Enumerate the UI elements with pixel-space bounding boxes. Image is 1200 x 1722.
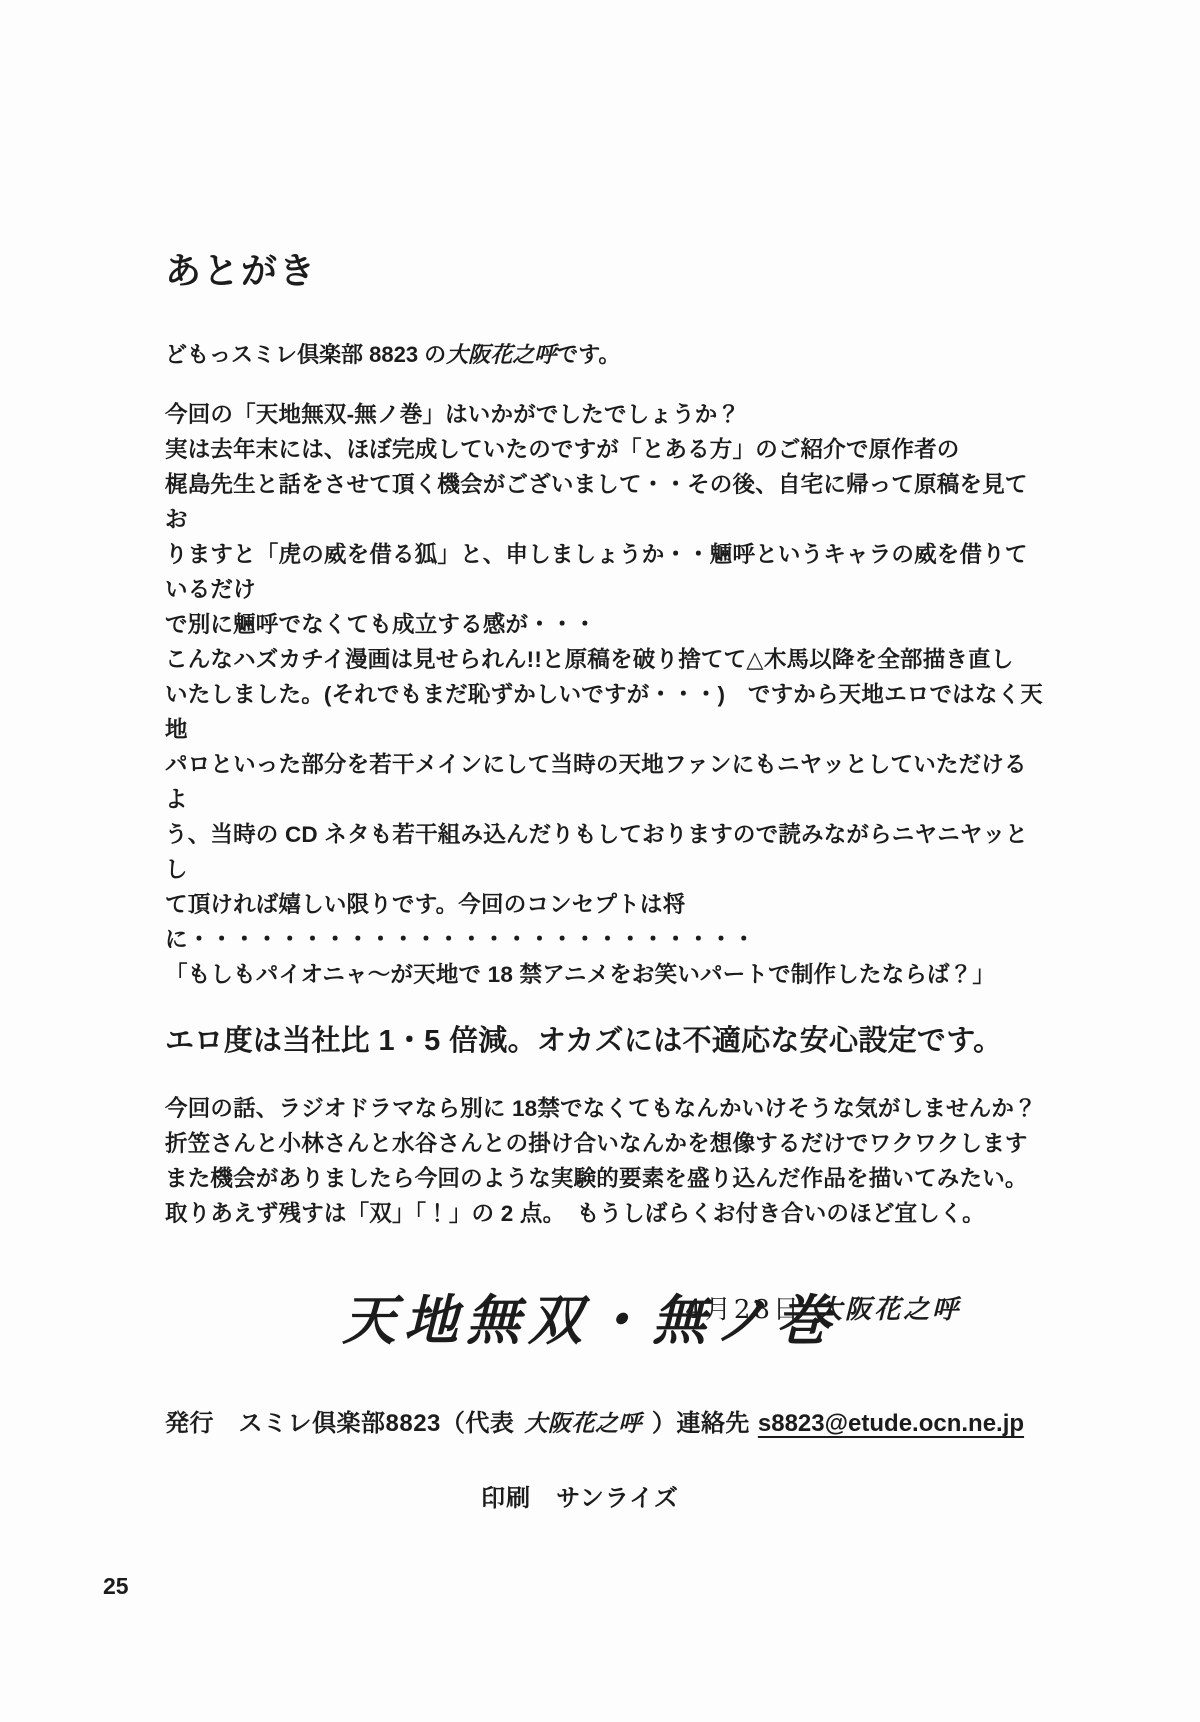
afterword-heading: あとがき xyxy=(165,243,1043,294)
afterword-line: 「もしもパイオニャ～が天地で 18 禁アニメをお笑いパートで制作したならば？」 xyxy=(165,957,1043,992)
author-name: 大阪花之呼 xyxy=(446,342,556,368)
afterword-line: う、当時の CD ネタも若干組み込んだりもしておりますので読みながらニヤニヤッと… xyxy=(165,817,1043,887)
afterword-line: パロといった部分を若干メインにして当時の天地ファンにもニヤッとしていただけるよ xyxy=(165,747,1043,817)
afterword-line: 実は去年末には、ほぼ完成していたのですが「とある方」のご紹介で原作者の xyxy=(165,432,1043,467)
page-number: 25 xyxy=(103,1573,129,1600)
highlight-statement: エロ度は当社比 1・5 倍減。オカズには不適応な安心設定です。 xyxy=(165,1018,1043,1059)
contact-email: s8823@etude.ocn.ne.jp xyxy=(758,1410,1024,1437)
afterword-line: りますと「虎の威を借る狐」と、申しましょうか・・魎呼というキャラの威を借りている… xyxy=(165,537,1043,607)
afterword-line: 折笠さんと小林さんと水谷さんとの掛け合いなんかを想像するだけでワクワクします xyxy=(165,1126,1043,1161)
book-title: 天地無双・無ノ巻 xyxy=(0,1278,1180,1355)
afterword-line: こんなハズカチイ漫画は見せられん!!と原稿を破り捨てて△木馬以降を全部描き直し xyxy=(165,642,1043,677)
document-page: あとがき どもっスミレ倶楽部 8823 の大阪花之呼です。 今回の「天地無双-無… xyxy=(0,0,1200,1722)
afterword-line: 梶島先生と話をさせて頂く機会がございまして・・その後、自宅に帰って原稿を見てお xyxy=(165,467,1043,537)
afterword-line: また機会がありましたら今回のような実験的要素を盛り込んだ作品を描いてみたい。 xyxy=(165,1161,1043,1196)
afterword-line: 今回の話、ラジオドラマなら別に 18禁でなくてもなんかいけそうな気がしませんか？ xyxy=(165,1091,1043,1126)
afterword-line: て頂ければ嬉しい限りです。今回のコンセプトは将に・・・・・・・・・・・・・・・・… xyxy=(165,887,1043,957)
afterword-line: いたしました。(それでもまだ恥ずかしいですが・・・) ですから天地エロではなく天… xyxy=(165,677,1043,747)
publisher-mid: ）連絡先 xyxy=(652,1410,750,1437)
afterword-line: 今回の「天地無双-無ノ巻」はいかがでしたでしょうか？ xyxy=(165,397,1043,432)
publisher-line: 発行 スミレ倶楽部8823（代表大阪花之呼）連絡先s8823@etude.ocn… xyxy=(165,1403,1065,1438)
greeting-post: です。 xyxy=(556,342,620,367)
printer-line: 印刷 サンライズ xyxy=(0,1478,1160,1513)
greeting-line: どもっスミレ倶楽部 8823 の大阪花之呼です。 xyxy=(165,338,1043,369)
greeting-pre: どもっスミレ倶楽部 8823 の xyxy=(165,342,446,367)
afterword-paragraph-2: 今回の話、ラジオドラマなら別に 18禁でなくてもなんかいけそうな気がしませんか？… xyxy=(165,1091,1043,1231)
publisher-pre: 発行 スミレ倶楽部8823（代表 xyxy=(165,1410,514,1437)
afterword-line: で別に魎呼でなくても成立する感が・・・ xyxy=(165,607,1043,642)
afterword-line: 取りあえず残すは「双」「！」の 2 点。 もうしばらくお付き合いのほど宜しく。 xyxy=(165,1196,1043,1231)
afterword-paragraph-1: 今回の「天地無双-無ノ巻」はいかがでしたでしょうか？ 実は去年末には、ほぼ完成し… xyxy=(165,397,1043,992)
afterword-section: あとがき どもっスミレ倶楽部 8823 の大阪花之呼です。 今回の「天地無双-無… xyxy=(165,243,1043,1326)
representative-name: 大阪花之呼 xyxy=(524,1410,642,1437)
